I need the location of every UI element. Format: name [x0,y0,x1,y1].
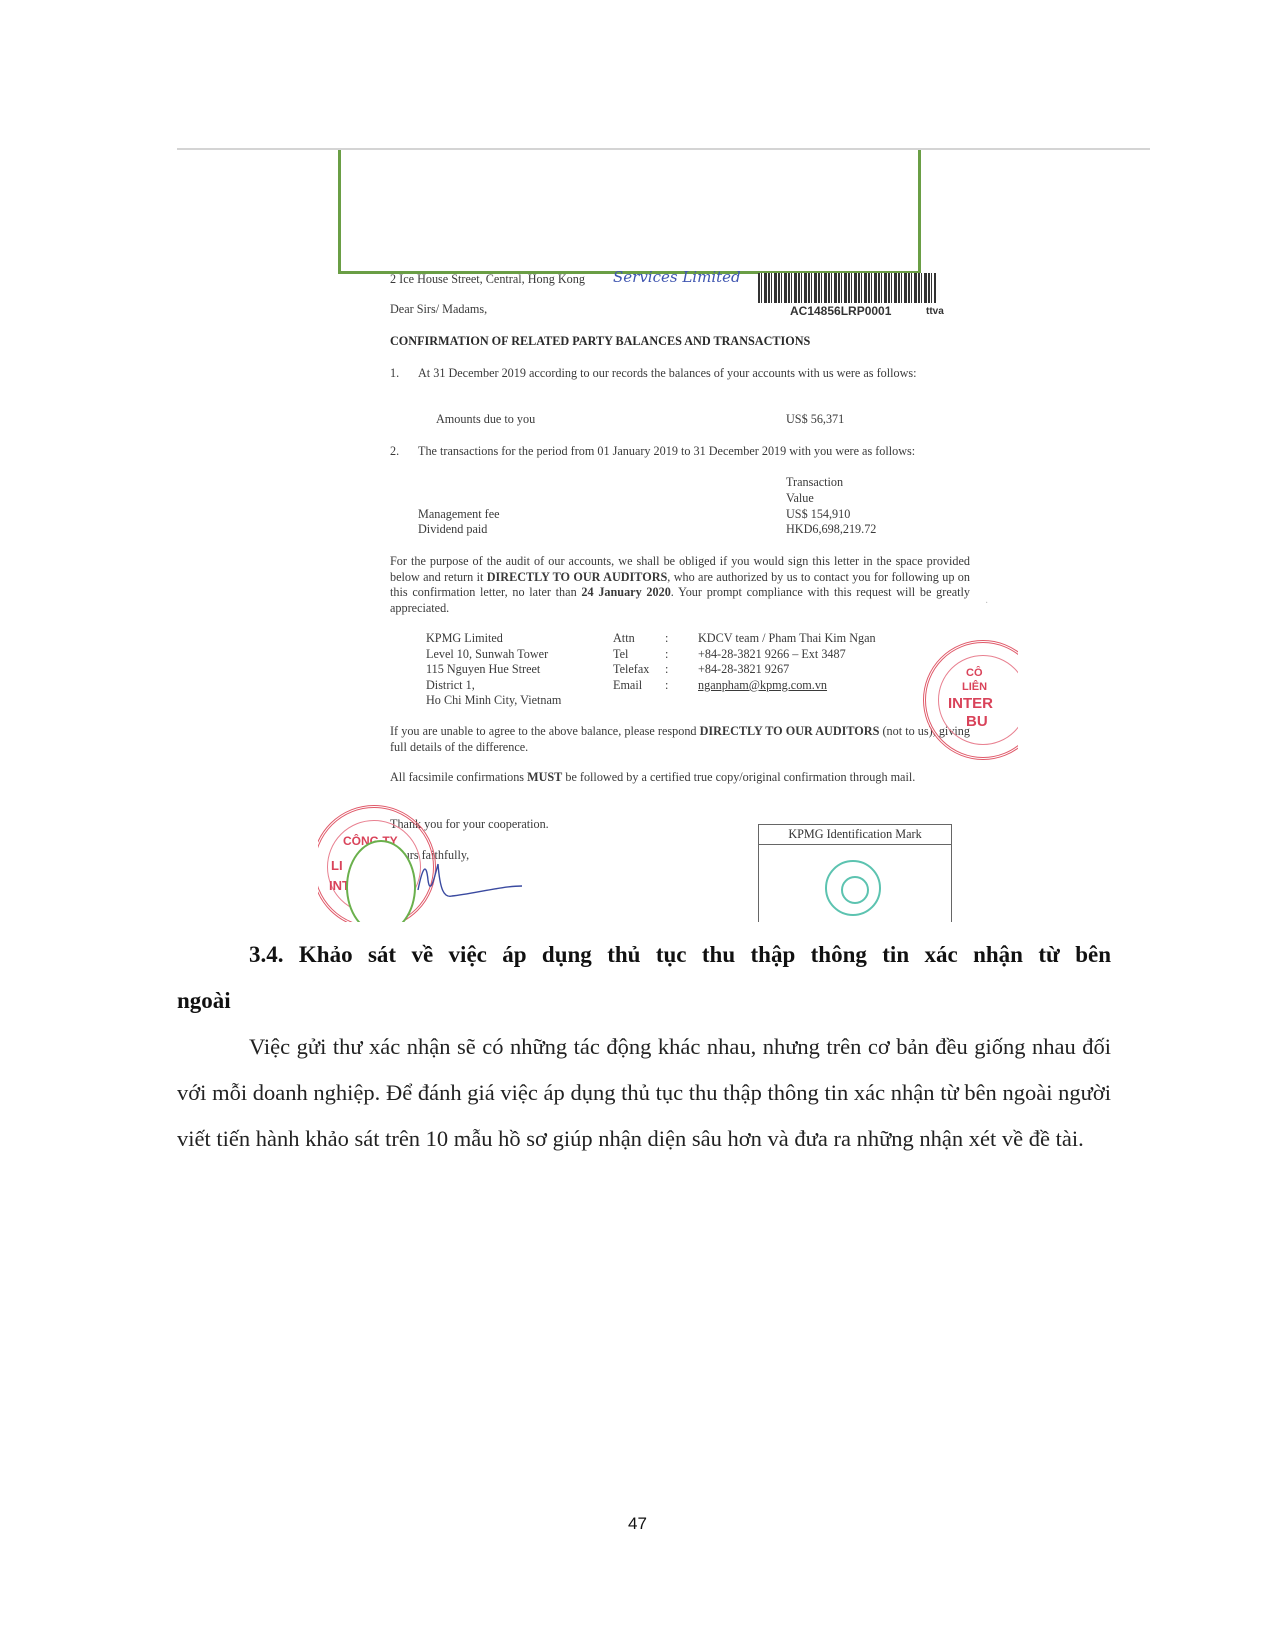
column-header-value: Value [786,491,814,507]
signature [412,850,532,910]
stamp-text: CÔ [966,667,983,679]
contact-label: Email [613,678,642,694]
contact-label: Telefax [613,662,649,678]
redaction-box [338,150,921,274]
transaction-row-label: Dividend paid [418,522,487,538]
salutation: Dear Sirs/ Madams, [390,302,487,318]
stamp-text: BU [966,713,988,730]
balance-value: US$ 56,371 [786,412,844,428]
column-header-transaction: Transaction [786,475,843,491]
stamp-text: LI [331,858,343,873]
scanned-confirmation-letter: 2 Ice House Street, Central, Hong Kong S… [318,150,1018,922]
kdcv-seal-icon [825,860,881,916]
contact-value: KDCV team / Pham Thai Kim Ngan [698,631,876,647]
auditor-address: KPMG Limited Level 10, Sunwah Tower 115 … [426,631,561,709]
stamp-text: LIÊN [962,681,987,693]
contact-value: +84-28-3821 9267 [698,662,789,678]
section-body-paragraph: Việc gửi thư xác nhận sẽ có những tác độ… [177,1024,1111,1162]
section-heading-line2: ngoài [177,988,231,1013]
transaction-row-value: HKD6,698,219.72 [786,522,876,538]
item2-number: 2. [390,444,399,460]
letter-subject: CONFIRMATION OF RELATED PARTY BALANCES A… [390,334,810,350]
text-run-bold: MUST [527,770,562,784]
stamp-text: INTER [948,695,993,712]
address-line: District 1, [426,678,561,694]
id-box-title: KPMG Identification Mark [759,825,951,845]
contact-separator: : [665,678,668,694]
address-line: Level 10, Sunwah Tower [426,647,561,663]
contact-separator: : [665,647,668,663]
balance-label: Amounts due to you [436,412,535,428]
address-line: KPMG Limited [426,631,561,647]
item1-text: At 31 December 2019 according to our rec… [418,366,968,382]
scan-speck: · [985,598,988,609]
barcode-suffix: ttva [926,306,944,317]
transaction-row-value: US$ 154,910 [786,507,850,523]
contact-separator: : [665,662,668,678]
contact-label: Tel [613,647,628,663]
item2-text: The transactions for the period from 01 … [418,444,968,460]
section-heading: 3.4. Khảo sát về việc áp dụng thủ tục th… [177,932,1111,1024]
sender-address: 2 Ice House Street, Central, Hong Kong [390,272,585,288]
transaction-row-label: Management fee [418,507,500,523]
address-line: 115 Nguyen Hue Street [426,662,561,678]
request-paragraph: For the purpose of the audit of our acco… [390,554,970,616]
contact-label: Attn [613,631,635,647]
text-run-bold: 24 January 2020 [581,585,670,599]
text-run: All facsimile confirmations [390,770,527,784]
page-number: 47 [0,1514,1275,1534]
section-heading-line1: 3.4. Khảo sát về việc áp dụng thủ tục th… [177,932,1111,978]
text-run: If you are unable to agree to the above … [390,724,700,738]
handwritten-annotation: Services Limited [613,268,741,286]
text-run-bold: DIRECTLY TO OUR AUDITORS [487,570,668,584]
contact-value: +84-28-3821 9266 – Ext 3487 [698,647,846,663]
disagree-paragraph: If you are unable to agree to the above … [390,724,970,755]
address-line: Ho Chi Minh City, Vietnam [426,693,561,709]
text-run-bold: DIRECTLY TO OUR AUDITORS [700,724,880,738]
contact-separator: : [665,631,668,647]
barcode-id: AC14856LRP0001 [790,304,891,318]
barcode [758,273,936,303]
facsimile-paragraph: All facsimile confirmations MUST be foll… [390,770,970,786]
kpmg-identification-box: KPMG Identification Mark [758,824,952,922]
contact-email-link[interactable]: nganpham@kpmg.com.vn [698,678,827,694]
text-run: be followed by a certified true copy/ori… [562,770,915,784]
item1-number: 1. [390,366,399,382]
